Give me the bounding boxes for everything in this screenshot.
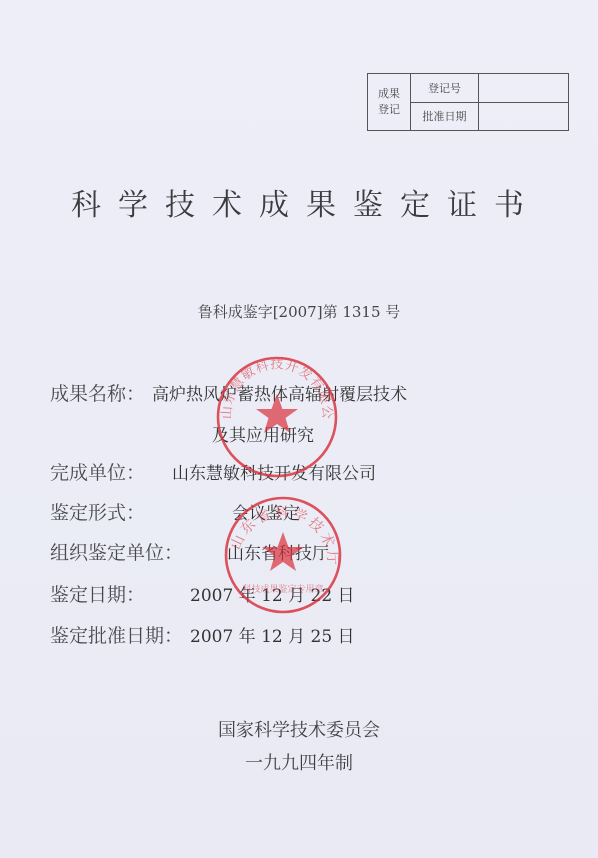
completing-unit-value: 山东慧敏科技开发有限公司 [172, 459, 376, 484]
achievement-name-value-line1: 高炉热风炉蓄热体高辐射覆层技术 [152, 380, 407, 405]
appraisal-date-value: 2007 年 12 月 22 日 [190, 581, 355, 606]
registration-header: 成果 登记 [368, 74, 411, 131]
approval-date-label: 鉴定批准日期： [50, 621, 183, 648]
appraisal-form-label: 鉴定形式： [50, 498, 145, 525]
issuer-name: 国家科学技术委员会 [0, 716, 598, 742]
appraisal-date-label: 鉴定日期： [50, 580, 145, 607]
appraisal-form-value: 会议鉴定 [232, 499, 300, 524]
certificate-title: 科学技术成果鉴定证书 [0, 180, 598, 224]
organizing-unit-label: 组织鉴定单位： [50, 538, 183, 565]
approval-date-value [479, 102, 569, 131]
registration-header-line1: 成果 [378, 87, 400, 100]
organizing-unit-value: 山东省科技厅 [227, 539, 329, 564]
certificate-page: 成果 登记 登记号 批准日期 科学技术成果鉴定证书 鲁科成鉴字[2007]第 1… [0, 0, 598, 858]
completing-unit-label: 完成单位： [50, 458, 145, 485]
approval-date-label: 批准日期 [411, 102, 479, 131]
edition-year: 一九九四年制 [0, 749, 598, 775]
registration-box: 成果 登记 登记号 批准日期 [367, 73, 569, 131]
document-number: 鲁科成鉴字[2007]第 1315 号 [0, 301, 598, 322]
registration-header-line2: 登记 [378, 103, 400, 116]
registration-number-value [479, 74, 569, 103]
achievement-name-label: 成果名称： [50, 379, 145, 406]
registration-number-label: 登记号 [411, 74, 479, 103]
approval-date-value-main: 2007 年 12 月 25 日 [190, 622, 355, 647]
achievement-name-value-line2: 及其应用研究 [212, 421, 314, 446]
